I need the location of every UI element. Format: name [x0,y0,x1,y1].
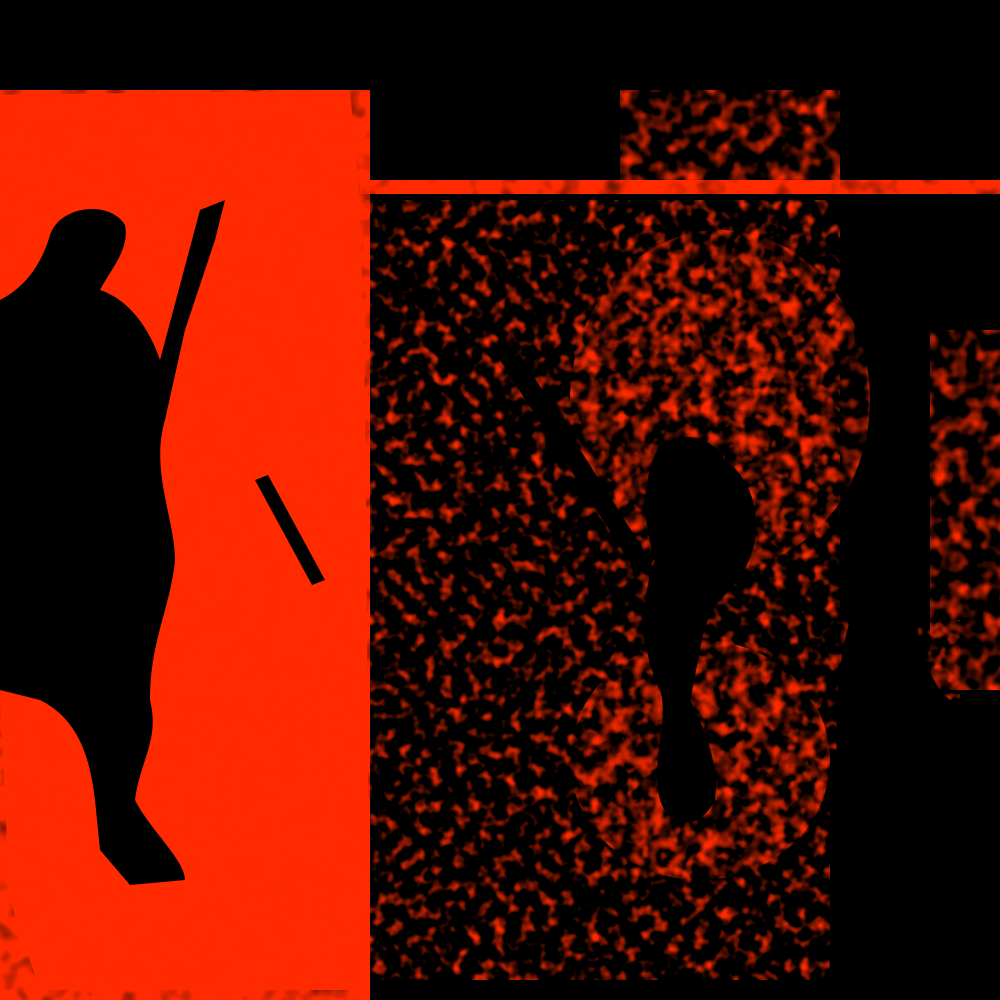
photo-canvas [0,0,1000,1000]
right-edge-texture [930,330,1000,690]
posterized-photo [0,0,1000,1000]
horizontal-beam [360,180,1000,194]
top-strip [620,90,840,190]
shadow-region-bottom-right [830,760,1000,1000]
